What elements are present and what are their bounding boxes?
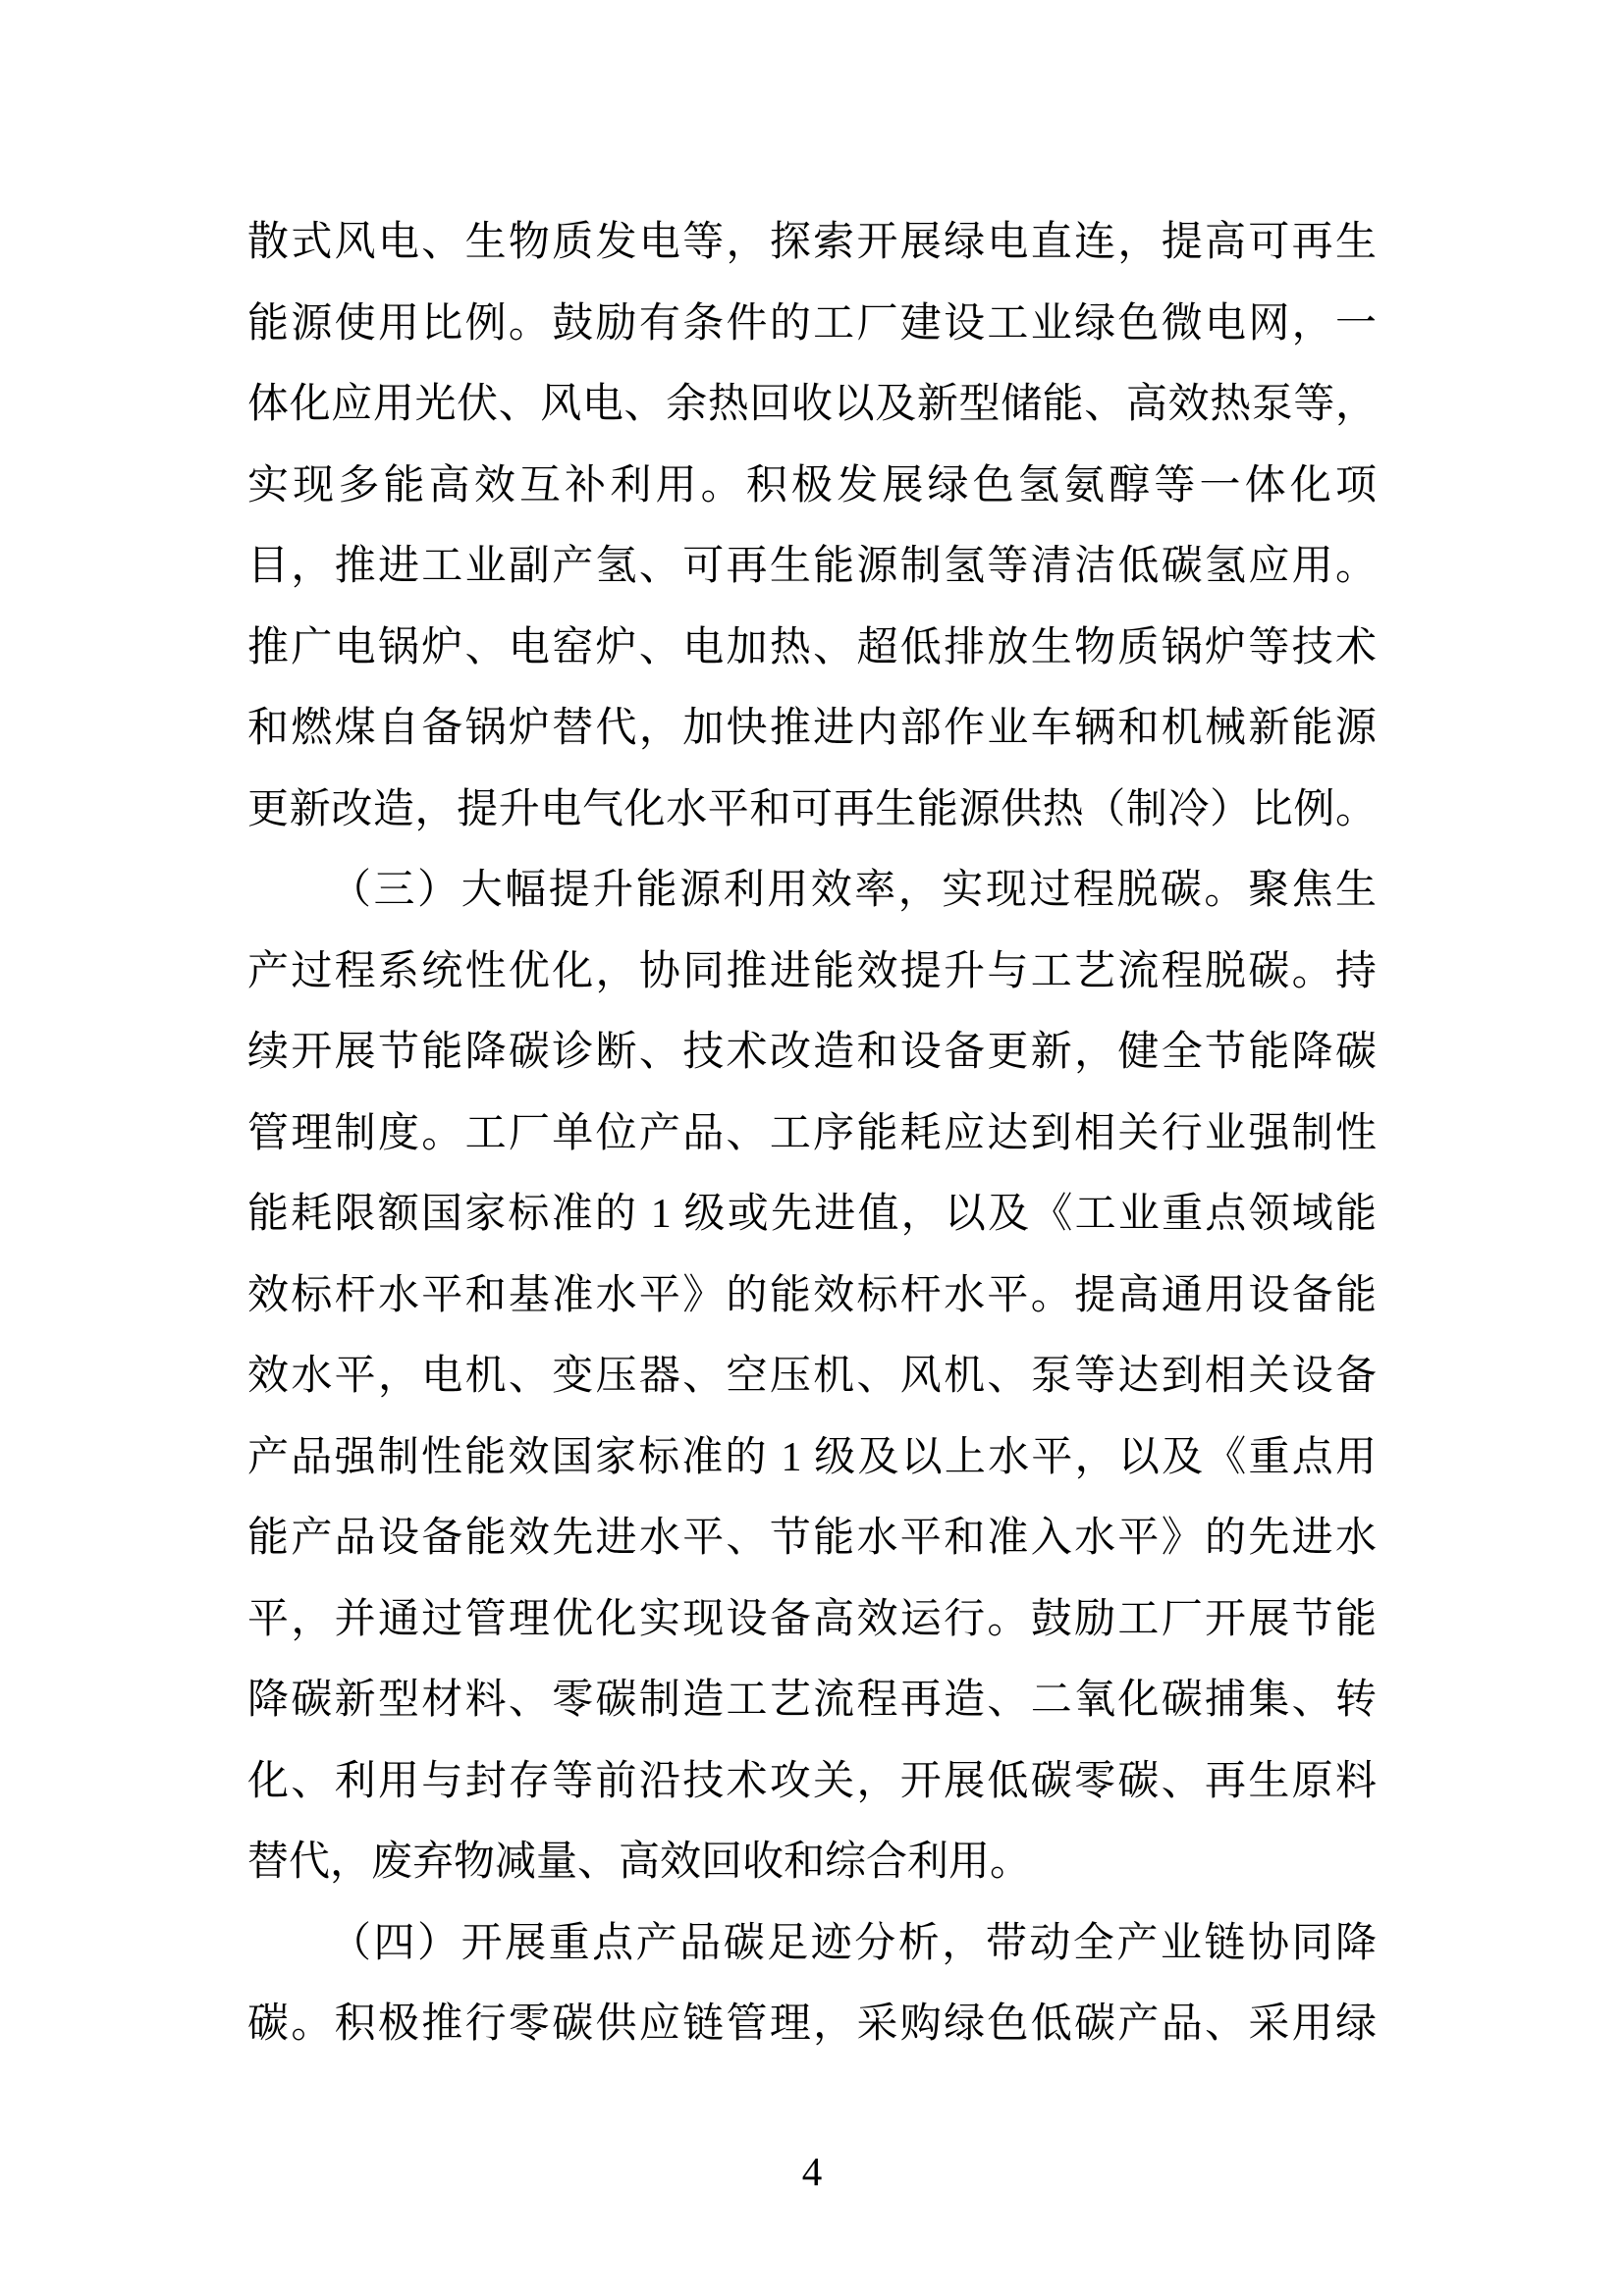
text-line: 化、利用与封存等前沿技术攻关，开展低碳零碳、再生原料 <box>247 1741 1377 1823</box>
text-line: 平，并通过管理优化实现设备高效运行。鼓励工厂开展节能 <box>247 1579 1377 1661</box>
text-line: 目，推进工业副产氢、可再生能源制氢等清洁低碳氢应用。 <box>247 526 1377 608</box>
text-line: 降碳新型材料、零碳制造工艺流程再造、二氧化碳捕集、转 <box>247 1660 1377 1741</box>
text-line: 效标杆水平和基准水平》的能效标杆水平。提高通用设备能 <box>247 1255 1377 1337</box>
text-line: 产过程系统性优化，协同推进能效提升与工艺流程脱碳。持 <box>247 932 1377 1013</box>
text-line: 管理制度。工厂单位产品、工序能耗应达到相关行业强制性 <box>247 1094 1377 1175</box>
text-line: 能源使用比例。鼓励有条件的工厂建设工业绿色微电网，一 <box>247 284 1377 365</box>
text-line: 和燃煤自备锅炉替代，加快推进内部作业车辆和机械新能源 <box>247 688 1377 770</box>
text-line: （四）开展重点产品碳足迹分析，带动全产业链协同降 <box>247 1903 1377 1985</box>
document-page: 散式风电、生物质发电等，探索开展绿电直连，提高可再生能源使用比例。鼓励有条件的工… <box>0 0 1624 2296</box>
text-line: 能耗限额国家标准的 1 级或先进值，以及《工业重点领域能 <box>247 1174 1377 1255</box>
text-line: 能产品设备能效先进水平、节能水平和准入水平》的先进水 <box>247 1498 1377 1579</box>
text-line: 碳。积极推行零碳供应链管理，采购绿色低碳产品、采用绿 <box>247 1984 1377 2065</box>
text-line: （三）大幅提升能源利用效率，实现过程脱碳。聚焦生 <box>247 850 1377 932</box>
page-number: 4 <box>0 2142 1624 2201</box>
text-line: 推广电锅炉、电窑炉、电加热、超低排放生物质锅炉等技术 <box>247 608 1377 689</box>
document-body: 散式风电、生物质发电等，探索开展绿电直连，提高可再生能源使用比例。鼓励有条件的工… <box>247 202 1377 2065</box>
text-line: 散式风电、生物质发电等，探索开展绿电直连，提高可再生 <box>247 202 1377 284</box>
text-line: 体化应用光伏、风电、余热回收以及新型储能、高效热泵等， <box>247 364 1377 446</box>
text-line: 续开展节能降碳诊断、技术改造和设备更新，健全节能降碳 <box>247 1012 1377 1094</box>
text-line: 效水平，电机、变压器、空压机、风机、泵等达到相关设备 <box>247 1336 1377 1417</box>
text-line: 替代，废弃物减量、高效回收和综合利用。 <box>247 1822 1377 1903</box>
text-line: 实现多能高效互补利用。积极发展绿色氢氨醇等一体化项 <box>247 446 1377 527</box>
text-line: 更新改造，提升电气化水平和可再生能源供热（制冷）比例。 <box>247 770 1377 851</box>
text-line: 产品强制性能效国家标准的 1 级及以上水平，以及《重点用 <box>247 1417 1377 1499</box>
